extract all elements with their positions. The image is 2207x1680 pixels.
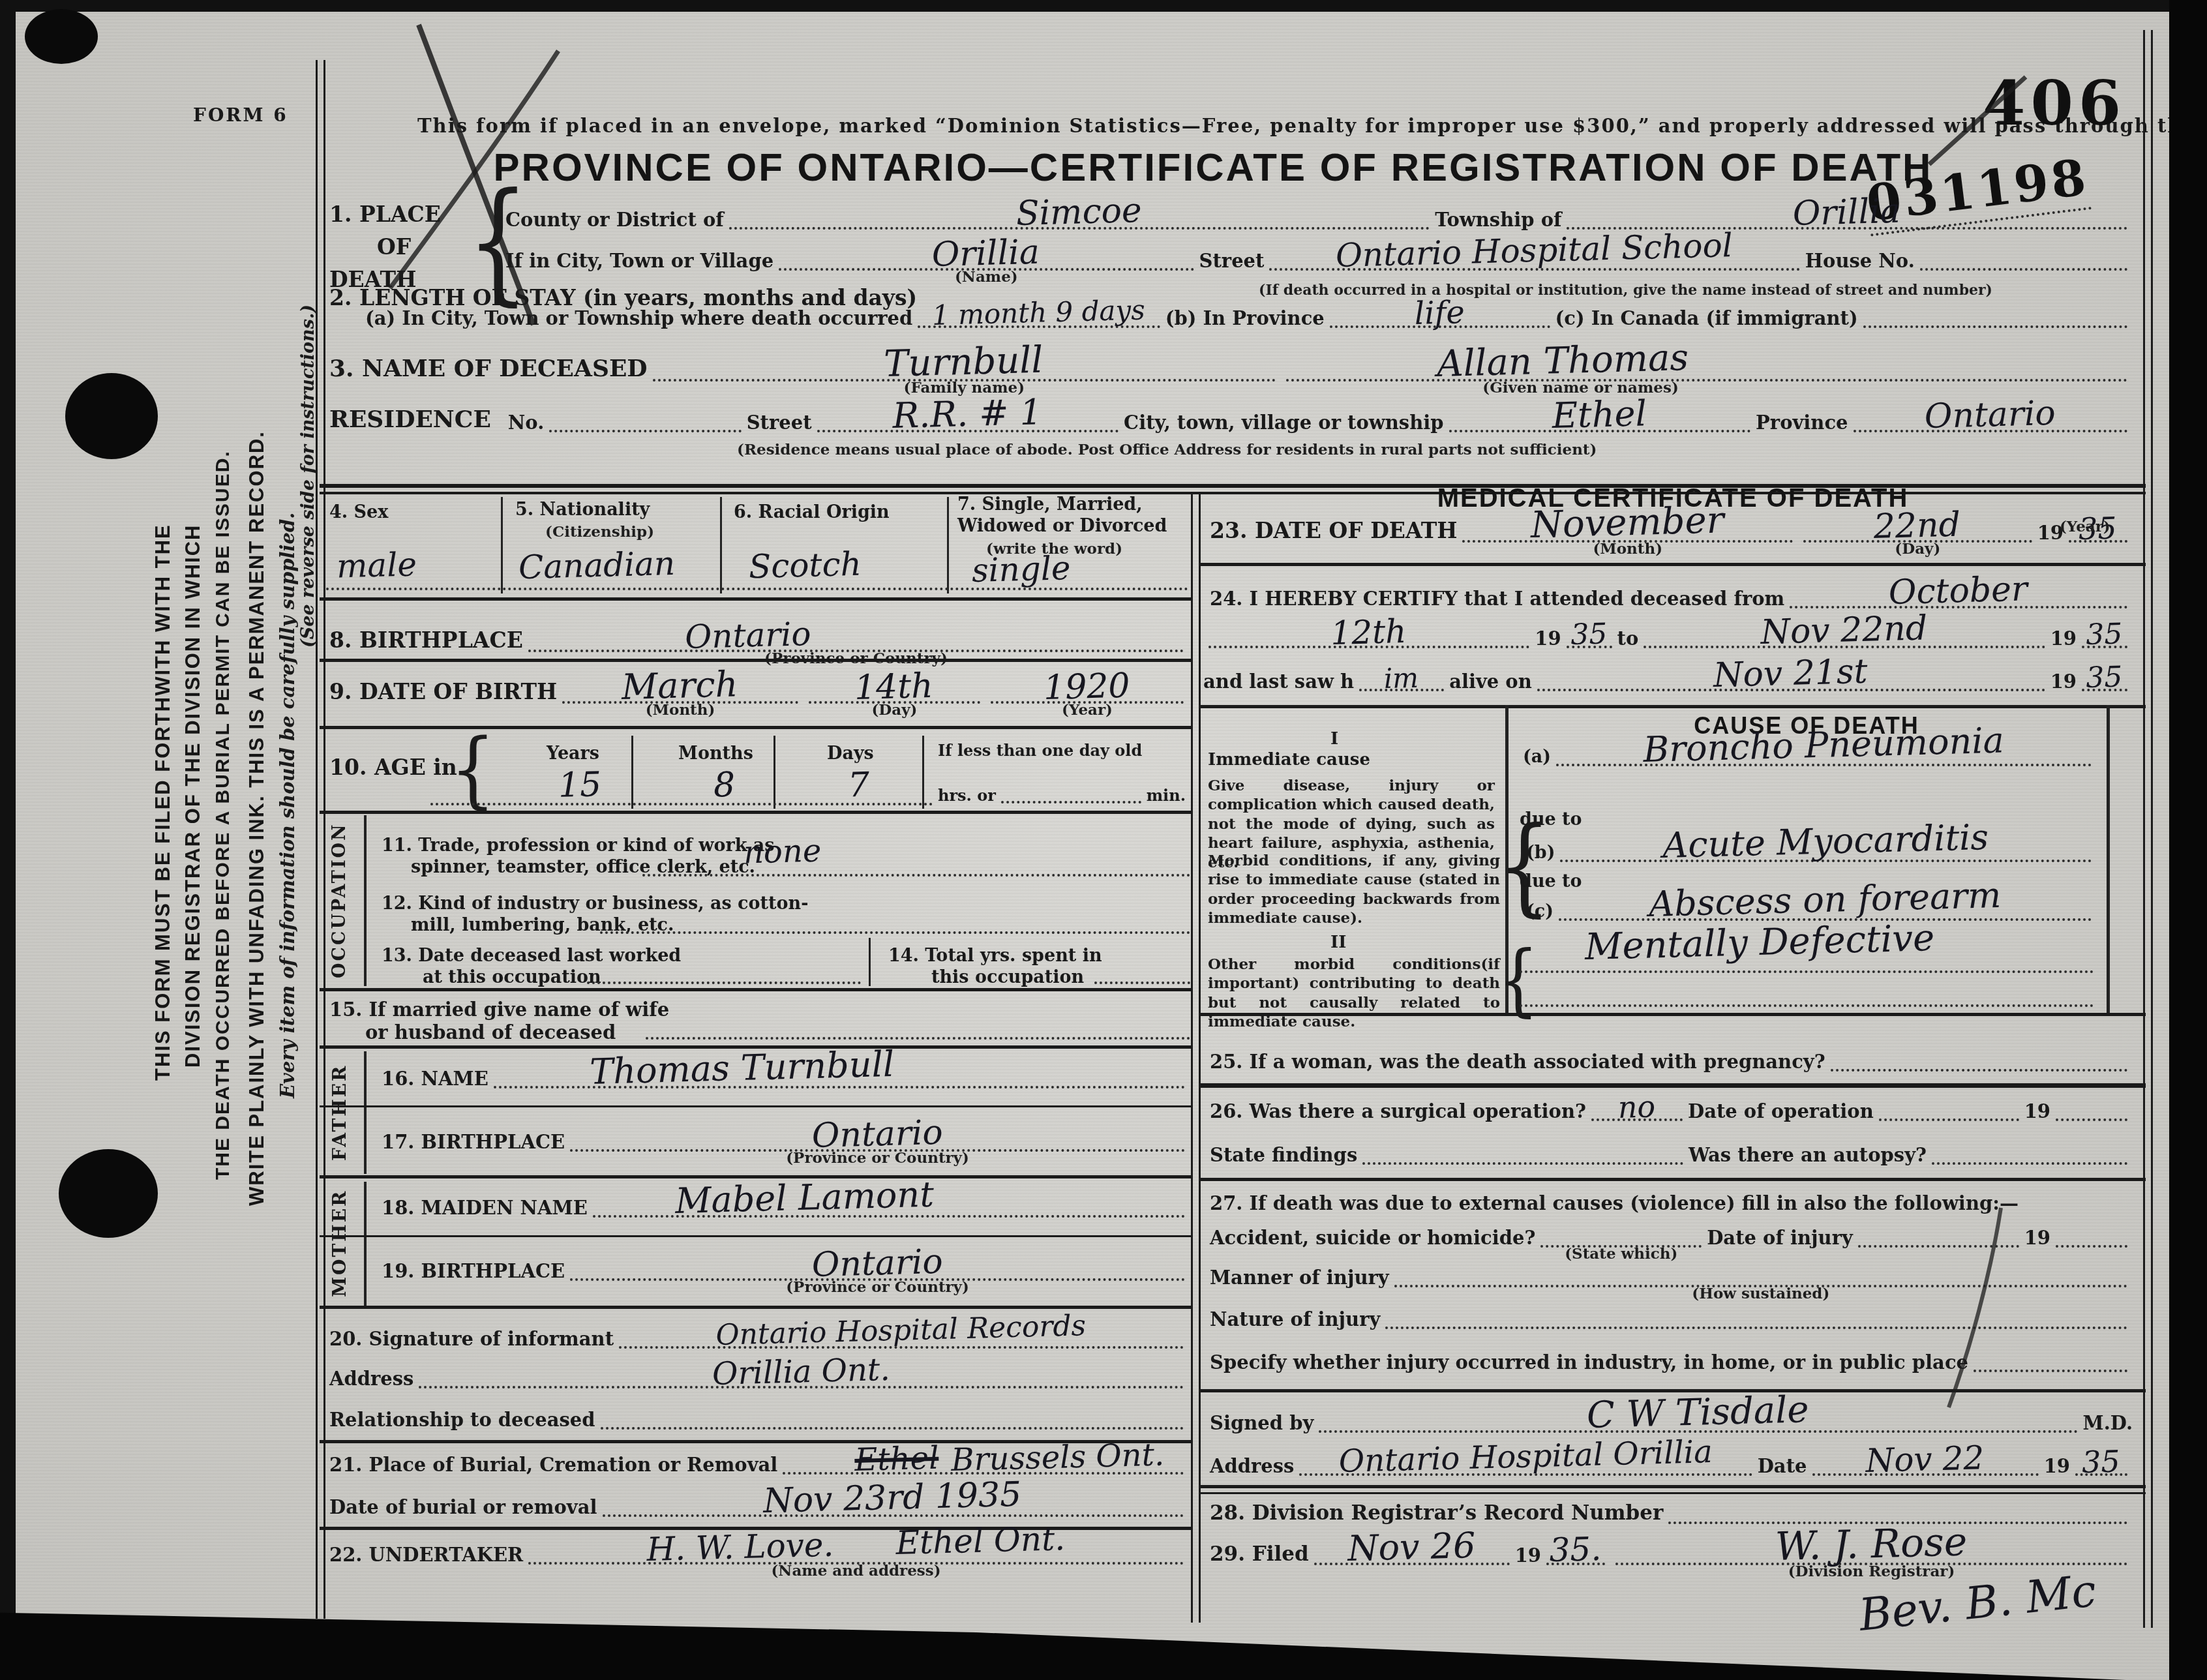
- s9-year-line: 1920 (Year): [991, 695, 1184, 704]
- thin-rule-father: [320, 1105, 1192, 1107]
- s23-day-subcaption: (Day): [1895, 540, 1940, 558]
- s27-injury-date-label: Date of injury: [1707, 1228, 1853, 1248]
- s1-label-place: 1. PLACE: [329, 203, 441, 226]
- s20-row: 20. Signature of informant Ontario Hospi…: [329, 1317, 1189, 1349]
- s26-yr-line: [2056, 1112, 2127, 1121]
- mother-name-row: 18. MAIDEN NAME Mabel Lamont: [382, 1186, 1190, 1218]
- mother-birth-line: Ontario (Province or Country): [570, 1272, 1185, 1281]
- sidebar-note-2: DIVISION REGISTRAR OF THE DIVISION IN WH…: [179, 457, 207, 1135]
- s5-label: 5. Nationality: [515, 501, 650, 519]
- mother-name-label: 18. MAIDEN NAME: [382, 1198, 588, 1218]
- s24-y2-value: 35: [2086, 620, 2123, 650]
- s1-city-label: If in City, Town or Village: [505, 251, 773, 271]
- s8-line: Ontario (Province or Country): [528, 643, 1184, 652]
- s29-registrar-line: W. J. Rose (Division Registrar): [1615, 1556, 2127, 1565]
- s1-row-county: County or District of Simcoe Township of…: [505, 198, 2133, 230]
- s6-value: Scotch: [748, 548, 862, 584]
- mother-side-rule: [364, 1182, 367, 1306]
- s22-value: H. W. Love. Ethel Ont.: [646, 1522, 1065, 1566]
- cause-c-row: (c) Abscess on forearm: [1526, 890, 2097, 921]
- s23-row: 23. DATE OF DEATH November (Month) 22nd …: [1210, 511, 2133, 543]
- s22-subcaption: (Name and address): [771, 1562, 940, 1580]
- s2-a-line: 1 month 9 days: [918, 319, 1160, 328]
- s24-from-month-value: October: [1888, 572, 2028, 610]
- s24-y1-value: 35: [1570, 620, 1607, 650]
- s27-specify-line: [1974, 1363, 2127, 1372]
- s29-label: 29. Filed: [1210, 1544, 1309, 1565]
- s27-nature-label: Nature of injury: [1210, 1310, 1380, 1329]
- s27-accident-line: (State which): [1540, 1238, 1702, 1248]
- signed-yr-group: 19 35: [2044, 1445, 2133, 1476]
- s20-relation-label: Relationship to deceased: [329, 1410, 595, 1430]
- s15-line: [646, 1037, 1190, 1040]
- s20-relation-line: [601, 1420, 1184, 1430]
- s27-accident-row: Accident, suicide or homicide? (State wh…: [1210, 1216, 2133, 1248]
- rule-after-s10: [320, 811, 1192, 814]
- s26-findings-label: State findings: [1210, 1145, 1357, 1165]
- cells-baseline: [326, 588, 1188, 590]
- signed-yr-line: 35: [2075, 1467, 2127, 1476]
- s10-days-label: Days: [827, 745, 874, 763]
- s29-date-value: Nov 26: [1347, 1528, 1476, 1567]
- cause-a-label: (a): [1523, 748, 1551, 766]
- s20-label: 20. Signature of informant: [329, 1329, 614, 1349]
- father-birth-label: 17. BIRTHPLACE: [382, 1132, 565, 1152]
- s1-label-of: OF: [377, 236, 411, 259]
- rule-after-s8: [320, 659, 1192, 662]
- s25-row: 25. If a woman, was the death associated…: [1210, 1040, 2133, 1072]
- s10-label: 10. AGE in: [329, 757, 457, 779]
- s3-city-line: Ethel: [1449, 423, 1751, 432]
- cause-c-label: (c): [1526, 903, 1554, 921]
- mother-name-value: Mabel Lamont: [675, 1177, 935, 1219]
- s20-address-value: Orillia Ont.: [712, 1354, 890, 1390]
- cell-divider-1: [501, 497, 503, 593]
- s20-relation-row: Relationship to deceased: [329, 1398, 1189, 1430]
- s1-county-label: County or District of: [505, 210, 724, 230]
- father-birth-subcaption: (Province or Country): [786, 1149, 969, 1167]
- s20-value: Ontario Hospital Records: [715, 1312, 1087, 1350]
- s5-value: Canadian: [518, 547, 675, 584]
- s22-row: 22. UNDERTAKER H. W. Love. Ethel Ont. (N…: [329, 1533, 1189, 1565]
- s3-province-label: Province: [1756, 413, 1848, 432]
- s13-line: [587, 982, 861, 984]
- s5-subcaption: (Citizenship): [545, 523, 654, 541]
- mother-birth-row: 19. BIRTHPLACE Ontario (Province or Coun…: [382, 1250, 1190, 1281]
- s10-hrs-row: hrs. or min.: [938, 775, 1186, 803]
- s11-value: none: [743, 835, 821, 868]
- s2-row: (a) In City, Town or Township where deat…: [365, 297, 2133, 328]
- s10-months-value: 8: [713, 768, 735, 803]
- rule-after-s25: [1200, 1083, 2146, 1088]
- s21-struck-value: Ethel: [854, 1443, 939, 1476]
- s21-row: 21. Place of Burial, Cremation or Remova…: [329, 1443, 1189, 1475]
- s7-label-1: 7. Single, Married,: [957, 496, 1143, 514]
- s26-findings-row: State findings Was there an autopsy?: [1210, 1133, 2133, 1165]
- s22-line: H. W. Love. Ethel Ont. (Name and address…: [528, 1555, 1184, 1565]
- s21-date-line: Nov 23rd 1935: [603, 1508, 1184, 1517]
- s24-y3-printed: 19: [2050, 672, 2077, 691]
- s3-residence-label: RESIDENCE: [329, 408, 491, 432]
- s26-date-label: Date of operation: [1688, 1102, 1874, 1121]
- s27-yr-printed: 19: [2024, 1228, 2050, 1248]
- s24-to-date-line: Nov 22nd: [1644, 639, 2045, 648]
- s1-row-city: If in City, Town or Village Orillia (Nam…: [505, 239, 2133, 271]
- s13-label-1: 13. Date deceased last worked: [382, 947, 681, 965]
- s26-autopsy-line: [1932, 1156, 2127, 1165]
- signed-date-line: Nov 22: [1812, 1467, 2039, 1476]
- s3-residence-row: RESIDENCE No. Street R.R. # 1 City, town…: [329, 398, 2133, 432]
- punch-hole-bottom: [59, 1149, 158, 1238]
- s1-house-label: House No.: [1805, 251, 1915, 271]
- s24-last-date-line: Nov 21st: [1537, 682, 2045, 691]
- signed-date-label: Date: [1758, 1456, 1807, 1476]
- s10-years-value: 15: [558, 768, 602, 803]
- s24-y1-group: 19 35: [1535, 617, 1617, 648]
- cause-roman-i: I: [1330, 730, 1338, 748]
- s24-him-value: im: [1383, 665, 1419, 693]
- s1-street-value: Ontario Hospital School: [1335, 229, 1733, 272]
- s9-year-subcaption: (Year): [1062, 701, 1113, 719]
- death-certificate-scan: FORM 6 THIS FORM MUST BE FILED FORTHWITH…: [0, 0, 2207, 1680]
- s26-yr-printed: 19: [2024, 1102, 2050, 1121]
- s29-date-line: Nov 26: [1314, 1556, 1510, 1565]
- s10-min-label: min.: [1147, 787, 1186, 803]
- s11-line: [642, 874, 1190, 877]
- s29-row: 29. Filed Nov 26 19 35. W. J. Rose (Divi…: [1210, 1534, 2133, 1565]
- s3-family-value: Turnbull: [884, 342, 1043, 383]
- s9-month-line: March (Month): [562, 695, 798, 704]
- s10-years-label: Years: [547, 745, 599, 763]
- s29-registrar-subcaption: (Division Registrar): [1788, 1563, 1955, 1580]
- s23-month-subcaption: (Month): [1593, 540, 1662, 558]
- father-name-value: Thomas Turnbull: [590, 1047, 895, 1090]
- s27-nature-row: Nature of injury: [1210, 1298, 2133, 1329]
- signed-address-label: Address: [1210, 1456, 1294, 1476]
- s13-s14-divider: [869, 938, 871, 986]
- s27-accident-label: Accident, suicide or homicide?: [1210, 1228, 1535, 1248]
- s3-name-label: 3. NAME OF DECEASED: [329, 357, 648, 382]
- s14-label-2: this occupation: [931, 968, 1084, 987]
- cause-a-line: Broncho Pneumonia: [1556, 757, 2092, 766]
- s10-less-label: If less than one day old: [938, 742, 1142, 758]
- s24-y2-line: 35: [2082, 639, 2127, 648]
- signed-row: Signed by C W Tisdale M.D.: [1210, 1402, 2133, 1433]
- column-divider: [1191, 493, 1201, 1623]
- sidebar-note-3: THE DEATH OCCURRED BEFORE A BURIAL PERMI…: [209, 320, 237, 1311]
- cause-explanation-2: Morbid conditions, if any, giving rise t…: [1208, 851, 1500, 928]
- s27-nature-line: [1385, 1320, 2127, 1329]
- mother-birth-label: 19. BIRTHPLACE: [382, 1261, 565, 1281]
- s4-label: 4. Sex: [329, 503, 388, 522]
- mother-birth-value: Ontario: [811, 1245, 943, 1282]
- s24-y1-line: 35: [1567, 639, 1612, 648]
- s24-from-day-value: 12th: [1330, 615, 1407, 650]
- s3-given-value: Allan Thomas: [1437, 340, 1689, 383]
- s10-days-value: 7: [847, 768, 869, 803]
- s3-given-line: Allan Thomas (Given name or names): [1286, 372, 2127, 382]
- form-number: FORM 6: [193, 106, 288, 125]
- s9-row: 9. DATE OF BIRTH March (Month) 14th (Day…: [329, 672, 1189, 704]
- s27-manner-row: Manner of injury (How sustained): [1210, 1256, 2133, 1287]
- s27-label: 27. If death was due to external causes …: [1210, 1193, 2019, 1213]
- s8-value: Ontario: [685, 618, 811, 653]
- father-name-label: 16. NAME: [382, 1069, 488, 1088]
- s2-b-label: (b) In Province: [1165, 308, 1325, 328]
- s3-no-line: [549, 423, 741, 432]
- s24-from-day-line: 12th: [1209, 639, 1529, 648]
- s12-label-1: 12. Kind of industry or business, as cot…: [382, 895, 808, 913]
- cause-bottom-line: [1520, 1004, 2094, 1007]
- cause-due2-label: due to: [1520, 873, 1582, 891]
- s23-year-subcaption: (Year): [2060, 518, 2110, 535]
- s26-findings-line: [1362, 1156, 1683, 1165]
- s21-label: 21. Place of Burial, Cremation or Remova…: [329, 1455, 777, 1475]
- punch-hole-top: [65, 373, 158, 459]
- s11-label-1: 11. Trade, profession or kind of work as: [382, 837, 775, 855]
- s28-row: 28. Division Registrar’s Record Number: [1210, 1493, 2133, 1524]
- s27-yr-line: [2056, 1238, 2127, 1248]
- cause-box-right: [2107, 705, 2110, 1013]
- s2-b-value: life: [1414, 297, 1465, 329]
- s1-street-line: Ontario Hospital School: [1269, 262, 1799, 271]
- s26-date-line: [1879, 1112, 2019, 1121]
- s27-manner-label: Manner of injury: [1210, 1268, 1389, 1287]
- cause-a-value: Broncho Pneumonia: [1642, 723, 2004, 768]
- s9-month-value: March: [621, 667, 738, 705]
- right-edge-rule: [2143, 30, 2153, 1628]
- s24-to-label: to: [1617, 629, 1639, 648]
- mother-side-label: MOTHER: [323, 1184, 355, 1302]
- s9-day-value: 14th: [854, 669, 934, 705]
- s24-y3-line: 35: [2082, 682, 2127, 691]
- page-title: PROVINCE OF ONTARIO—CERTIFICATE OF REGIS…: [417, 145, 2009, 190]
- cause-roman-ii: II: [1330, 934, 1346, 952]
- s24-row-3: and last saw h im alive on Nov 21st 19 3…: [1203, 660, 2133, 691]
- s24-row-2: 12th 19 35 to Nov 22nd 19 35: [1203, 617, 2133, 648]
- cause-b-value: Acute Myocarditis: [1662, 820, 1989, 863]
- s15-label-2: or husband of deceased: [365, 1023, 616, 1042]
- father-side-label: FATHER: [323, 1053, 355, 1172]
- s9-year-value: 1920: [1043, 669, 1130, 705]
- signed-line: C W Tisdale: [1319, 1424, 2077, 1433]
- s3-name-row: 3. NAME OF DECEASED Turnbull (Family nam…: [329, 348, 2133, 382]
- s24-last-date-value: Nov 21st: [1713, 655, 1869, 693]
- s9-label: 9. DATE OF BIRTH: [329, 681, 557, 704]
- signed-md-label: M.D.: [2083, 1413, 2133, 1433]
- sidebar-note-4: WRITE PLAINLY WITH UNFADING INK. THIS IS…: [243, 411, 271, 1226]
- rule-after-s26: [1200, 1178, 2146, 1181]
- s21-date-value: Nov 23rd 1935: [763, 1478, 1022, 1518]
- s24-to-date-value: Nov 22nd: [1760, 611, 1928, 650]
- s12-line: [600, 931, 1190, 934]
- s26-answer-value: no: [1617, 1092, 1656, 1122]
- signed-date-value: Nov 22: [1865, 1441, 1985, 1477]
- signed-value: C W Tisdale: [1586, 1392, 1809, 1434]
- s27-specify-label: Specify whether injury occurred in indus…: [1210, 1353, 1968, 1372]
- s20-address-label: Address: [329, 1369, 413, 1388]
- age-baseline: [430, 803, 933, 805]
- s1-street-label: Street: [1199, 251, 1265, 271]
- s21-date-row: Date of burial or removal Nov 23rd 1935: [329, 1486, 1189, 1517]
- s24-label: 24. I HEREBY CERTIFY that I attended dec…: [1210, 589, 1784, 608]
- s2-c-label: (c) In Canada (if immigrant): [1555, 308, 1858, 328]
- s20-line: Ontario Hospital Records: [619, 1340, 1184, 1349]
- s1-county-line: Simcoe: [729, 220, 1430, 230]
- scan-edge-right: [2169, 0, 2207, 1680]
- sidebar-note-6: (See reverse side for instructions.): [295, 274, 321, 678]
- cause-box-top: [1200, 705, 2146, 708]
- s23-label: 23. DATE OF DEATH: [1210, 520, 1457, 543]
- rule-after-s23: [1200, 563, 2146, 566]
- s27-manner-line: (How sustained): [1394, 1278, 2127, 1287]
- thin-rule-mother: [320, 1235, 1192, 1237]
- s27-injury-date-line: [1858, 1238, 2019, 1248]
- s23-day-line: 22nd (Day): [1803, 533, 2032, 543]
- s10-hrs-line: [1001, 794, 1141, 803]
- rule-after-mother: [320, 1306, 1192, 1309]
- father-birth-row: 17. BIRTHPLACE Ontario (Province or Coun…: [382, 1120, 1190, 1152]
- s29-yr-value: 35.: [1549, 1533, 1602, 1567]
- cause-b-label: (b): [1526, 844, 1555, 862]
- signed-address-row: Address Ontario Hospital Orillia Date No…: [1210, 1445, 2133, 1476]
- s10-hrs-label: hrs. or: [938, 787, 996, 803]
- cause-ii-value: Mentally Defective: [1584, 920, 1934, 966]
- s24-y3-group: 19 35: [2050, 660, 2133, 691]
- signed-address-line: Ontario Hospital Orillia: [1299, 1467, 1752, 1476]
- rule-after-occupation: [320, 988, 1192, 991]
- cause-a-row: (a) Broncho Pneumonia: [1523, 735, 2097, 766]
- s20-address-row: Address Orillia Ont.: [329, 1357, 1189, 1388]
- s2-a-label: (a) In City, Town or Township where deat…: [365, 308, 912, 328]
- signed-address-value: Ontario Hospital Orillia: [1338, 1436, 1713, 1477]
- cell-divider-2: [720, 497, 722, 593]
- s1-house-line: [1920, 262, 2127, 271]
- s25-label: 25. If a woman, was the death associated…: [1210, 1052, 1825, 1072]
- s1-township-value: Orillia: [1792, 194, 1900, 231]
- s24-row-1: 24. I HEREBY CERTIFY that I attended dec…: [1210, 577, 2133, 608]
- s24-last1-label: and last saw h: [1203, 672, 1354, 691]
- s13-label-2: at this occupation: [423, 968, 601, 987]
- s3-city-label: City, town, village or township: [1124, 413, 1443, 432]
- s14-line: [1094, 982, 1190, 984]
- s23-year-group: 19 35 (Year): [2037, 511, 2133, 543]
- cause-ii-line: [1520, 970, 2094, 973]
- s29-yr-group: 19 35.: [1515, 1534, 1610, 1565]
- s29-registrar-value: W. J. Rose: [1775, 1522, 1968, 1567]
- s15-label-1: 15. If married give name of wife: [329, 1000, 669, 1019]
- s23-month-line: November (Month): [1462, 533, 1793, 543]
- mother-birth-subcaption: (Province or Country): [786, 1278, 969, 1296]
- s24-from-month-line: October: [1790, 599, 2127, 608]
- cause-b-row: (b) Acute Myocarditis: [1526, 831, 2097, 862]
- sidebar-note-1: THIS FORM MUST BE FILED FORTHWITH WITH T…: [149, 483, 177, 1122]
- s3-street-label: Street: [747, 413, 812, 432]
- s1-name-subcaption: (Name): [955, 268, 1018, 286]
- s22-label: 22. UNDERTAKER: [329, 1545, 523, 1565]
- s2-b-line: life: [1330, 319, 1550, 328]
- s26-answer-line: no: [1591, 1112, 1683, 1121]
- s29-yr-printed: 19: [1515, 1546, 1541, 1565]
- s27-specify-row: Specify whether injury occurred in indus…: [1210, 1341, 2133, 1372]
- s1-township-label: Township of: [1435, 210, 1561, 230]
- s24-y2-printed: 19: [2050, 629, 2077, 648]
- s2-a-value: 1 month 9 days: [931, 296, 1145, 329]
- father-name-line: Thomas Turnbull: [494, 1079, 1185, 1088]
- s21-value: Brussels Ont.: [950, 1439, 1164, 1476]
- s6-label: 6. Racial Origin: [734, 503, 890, 522]
- age-divider-3: [922, 736, 924, 809]
- s7-value: single: [971, 552, 1071, 587]
- signed-yr-printed: 19: [2044, 1456, 2070, 1476]
- s24-y1-printed: 19: [1535, 629, 1561, 648]
- s10-brace: {: [450, 728, 496, 811]
- s26-row: 26. Was there a surgical operation? no D…: [1210, 1090, 2133, 1121]
- s3-street-line: R.R. # 1: [817, 423, 1119, 432]
- rule-after-cells: [320, 597, 1192, 601]
- s24-last2-label: alive on: [1449, 672, 1532, 691]
- s3-street-value: R.R. # 1: [892, 395, 1043, 434]
- cause-b-line: Acute Myocarditis: [1560, 853, 2092, 862]
- s24-y2-group: 19 35: [2050, 617, 2133, 648]
- cause-immediate-label: Immediate cause: [1208, 751, 1370, 769]
- s9-day-subcaption: (Day): [871, 701, 917, 719]
- s28-label: 28. Division Registrar’s Record Number: [1210, 1503, 1663, 1524]
- s3-province-value: Ontario: [1924, 397, 2056, 434]
- s23-month-value: November: [1530, 502, 1724, 544]
- mother-name-line: Mabel Lamont: [593, 1208, 1185, 1218]
- s3-no-label: No.: [508, 413, 544, 432]
- father-name-row: 16. NAME Thomas Turnbull: [382, 1057, 1190, 1088]
- s26-label: 26. Was there a surgical operation?: [1210, 1102, 1586, 1121]
- s3-province-line: Ontario: [1854, 423, 2127, 432]
- s3-family-line: Turnbull (Family name): [653, 372, 1276, 382]
- s4-value: male: [336, 548, 417, 582]
- cause-brace-2: {: [1497, 940, 1539, 1019]
- s9-month-subcaption: (Month): [646, 701, 715, 719]
- double-rule-signed-a: [1200, 1485, 2146, 1488]
- s23-day-value: 22nd: [1873, 508, 1960, 544]
- father-birth-value: Ontario: [811, 1116, 943, 1153]
- age-divider-2: [773, 736, 775, 809]
- s14-label-1: 14. Total yrs. spent in: [888, 947, 1102, 965]
- s29-yr-line: 35.: [1546, 1556, 1605, 1565]
- father-birth-line: Ontario (Province or Country): [570, 1143, 1185, 1152]
- mail-note: This form if placed in an envelope, mark…: [417, 116, 2009, 136]
- s1-city-value: Orillia: [931, 235, 1040, 272]
- punch-hole-corner: [25, 9, 98, 64]
- age-divider-1: [631, 736, 633, 809]
- signed-yr-value: 35: [2082, 1446, 2121, 1477]
- s21-date-label: Date of burial or removal: [329, 1497, 597, 1517]
- s3-residence-note: (Residence means usual place of abode. P…: [737, 441, 1597, 458]
- s10-months-label: Months: [678, 745, 753, 763]
- stamp-page-number: 406: [1983, 73, 2126, 134]
- occupation-side-rule: [364, 815, 367, 986]
- cause-c-value: Abscess on forearm: [1648, 878, 2001, 922]
- s26-autopsy-label: Was there an autopsy?: [1689, 1145, 1927, 1165]
- s9-day-line: 14th (Day): [809, 695, 980, 704]
- s21-line: Ethel Brussels Ont.: [783, 1465, 1184, 1475]
- s1-county-value: Simcoe: [1015, 194, 1142, 231]
- s24-y3-value: 35: [2086, 663, 2123, 693]
- s2-c-line: [1863, 319, 2127, 328]
- cell-divider-3: [947, 497, 949, 593]
- s20-address-line: Orillia Ont.: [419, 1379, 1184, 1388]
- s8-row: 8. BIRTHPLACE Ontario (Province or Count…: [329, 621, 1189, 652]
- s8-label: 8. BIRTHPLACE: [329, 629, 523, 652]
- s7-label-2: Widowed or Divorced: [957, 517, 1167, 535]
